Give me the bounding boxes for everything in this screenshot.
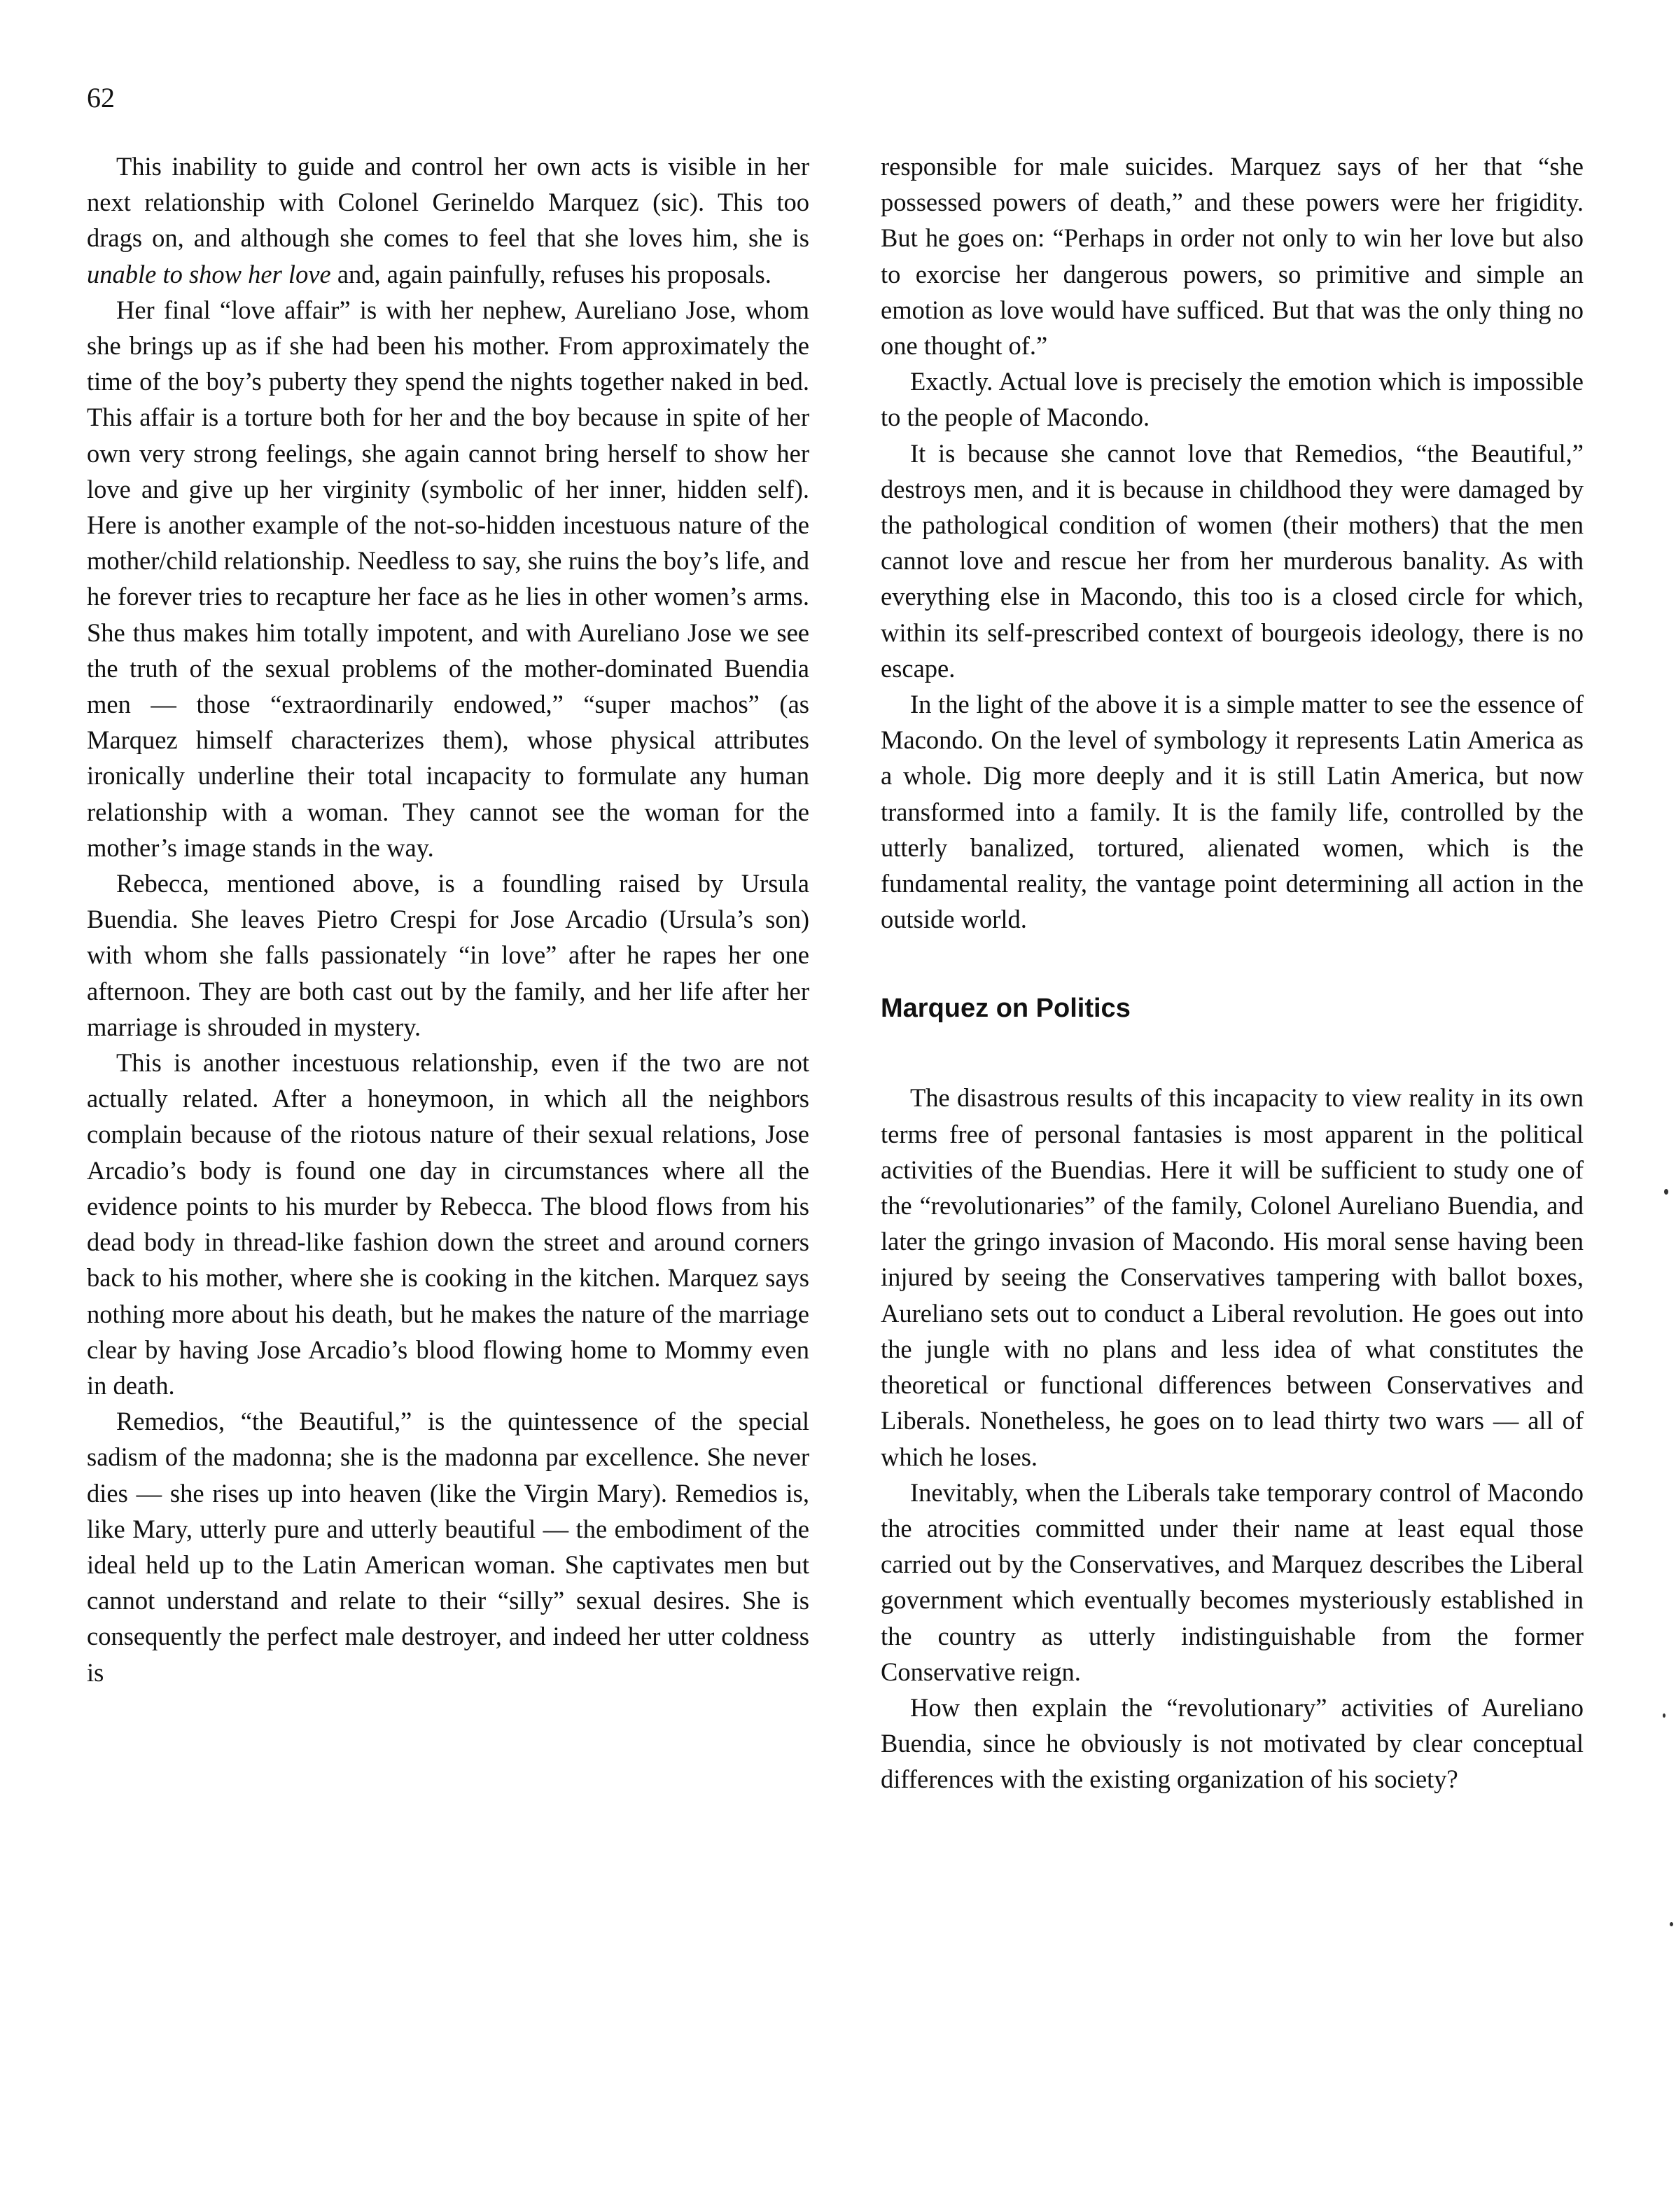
- section-heading: Marquez on Politics: [881, 990, 1584, 1027]
- paragraph: It is because she cannot love that Remed…: [881, 436, 1584, 686]
- paragraph: Rebecca, mentioned above, is a foundling…: [87, 865, 809, 1045]
- paragraph: Inevitably, when the Liberals take tempo…: [881, 1475, 1584, 1690]
- left-column: This inability to guide and control her …: [87, 148, 809, 1690]
- paragraph: This is another incestuous relationship,…: [87, 1045, 809, 1403]
- paragraph: responsible for male suicides. Marquez s…: [881, 148, 1584, 363]
- paragraph-text: and, again painfully, refuses his propos…: [331, 260, 771, 288]
- right-column: responsible for male suicides. Marquez s…: [881, 148, 1584, 1797]
- scan-speck: [1664, 1189, 1668, 1195]
- paragraph-text: This inability to guide and control her …: [87, 152, 809, 252]
- paragraph: Remedios, “the Beautiful,” is the quinte…: [87, 1403, 809, 1690]
- scan-speck: [1670, 1922, 1673, 1926]
- paragraph: The disastrous results of this incapacit…: [881, 1080, 1584, 1474]
- paragraph: How then explain the “revolutionary” act…: [881, 1690, 1584, 1797]
- page-number: 62: [87, 78, 115, 118]
- paragraph: Her final “love affair” is with her neph…: [87, 292, 809, 865]
- emphasized-text: unable to show her love: [87, 260, 331, 288]
- scan-speck: [1663, 1713, 1665, 1718]
- paragraph: This inability to guide and control her …: [87, 148, 809, 292]
- paragraph: In the light of the above it is a simple…: [881, 686, 1584, 937]
- paragraph: Exactly. Actual love is precisely the em…: [881, 363, 1584, 435]
